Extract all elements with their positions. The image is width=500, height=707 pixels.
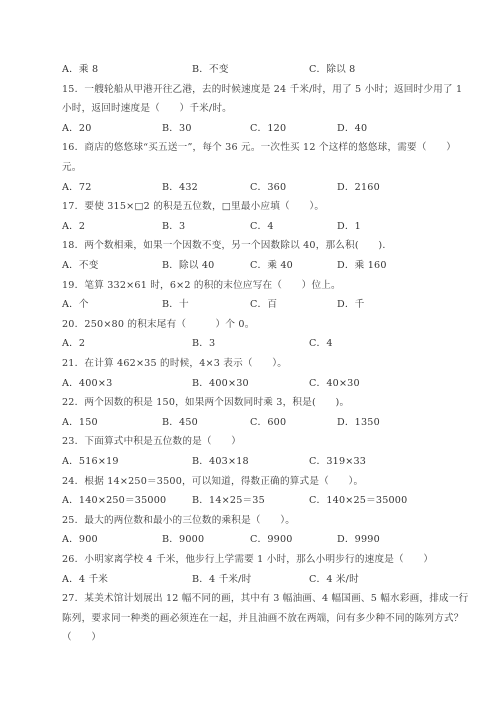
question-text-line: 24．根据 14×250＝3500，可以知道，得数正确的算式是（ ）。: [62, 474, 442, 490]
answer-option-d: D．40: [337, 121, 367, 137]
answer-option-b: B．403×18: [192, 454, 249, 470]
answer-option-b: B．432: [162, 180, 198, 196]
question-text-line: 25．最大的两位数和最小的三位数的乘积是（ ）。: [62, 513, 442, 529]
answer-options-row: A．900B．9000C．9900D．9990: [62, 532, 442, 548]
question-text-line: 22．两个因数的积是 150，如果两个因数同时乘 3，积是( )。: [62, 395, 442, 411]
answer-options-row: A．乘 8B．不变C．除以 8: [62, 62, 442, 78]
answer-option-b: B．14×25＝35: [192, 493, 265, 509]
answer-option-c: C．百: [250, 297, 277, 313]
question-text-line: 27．某美术馆计划展出 12 幅不同的画，其中有 3 幅油画、4 幅国画、5 幅…: [62, 591, 442, 607]
answer-options-row: A．400×3B．400×30C．40×30: [62, 376, 442, 392]
question-text-line: 18．两个数相乘，如果一个因数不变，另一个因数除以 40，那么积( )．: [62, 238, 442, 254]
answer-option-d: D．2160: [337, 180, 380, 196]
answer-option-c: C．360: [250, 180, 286, 196]
answer-option-c: C．600: [250, 415, 286, 431]
answer-option-d: D．千: [337, 297, 364, 313]
answer-options-row: A．20B．30C．120D．40: [62, 121, 442, 137]
answer-option-a: A．900: [62, 532, 98, 548]
answer-option-a: A．150: [62, 415, 98, 431]
answer-option-d: D．乘 160: [337, 258, 387, 274]
document-page: A．乘 8B．不变C．除以 815．一艘轮船从甲港开往乙港，去的时候速度是 24…: [0, 0, 500, 707]
answer-option-d: D．1350: [337, 415, 380, 431]
answer-option-b: B．4 千米/时: [192, 572, 251, 588]
answer-options-row: A．4 千米B．4 千米/时C．4 米/时: [62, 572, 442, 588]
question-text-line: 元。: [62, 160, 442, 176]
answer-option-c: C．除以 8: [309, 62, 355, 78]
answer-option-a: A．4 千米: [62, 572, 108, 588]
answer-option-a: A．乘 8: [62, 62, 98, 78]
answer-option-b: B．3: [162, 219, 185, 235]
answer-option-b: B．9000: [162, 532, 204, 548]
answer-option-a: A．个: [62, 297, 89, 313]
answer-option-b: B．450: [162, 415, 198, 431]
answer-options-row: A．2B．3C．4D．1: [62, 219, 442, 235]
question-text-line: 21．在计算 462×35 的时候，4×3 表示（ ）。: [62, 356, 442, 372]
answer-option-d: D．1: [337, 219, 361, 235]
question-text-line: 19．笔算 332×61 时，6×2 的积的末位应写在（ ）位上。: [62, 278, 442, 294]
answer-option-a: A．2: [62, 336, 85, 352]
answer-option-d: D．9990: [337, 532, 380, 548]
answer-option-b: B．除以 40: [162, 258, 215, 274]
answer-options-row: A．2B．3C．4: [62, 336, 442, 352]
answer-option-c: C．319×33: [309, 454, 366, 470]
answer-option-b: B．十: [162, 297, 189, 313]
answer-option-c: C．4: [250, 219, 274, 235]
question-text-line: 15．一艘轮船从甲港开往乙港，去的时候速度是 24 千米/时，用了 5 小时；返…: [62, 82, 442, 98]
question-text-line: 小时，返回时速度是（ ）千米/时。: [62, 101, 442, 117]
answer-options-row: A．516×19B．403×18C．319×33: [62, 454, 442, 470]
answer-options-row: A．个B．十C．百D．千: [62, 297, 442, 313]
answer-option-c: C．4 米/时: [309, 572, 359, 588]
answer-option-c: C．4: [309, 336, 333, 352]
answer-options-row: A．150B．450C．600D．1350: [62, 415, 442, 431]
question-text-line: 26．小明家离学校 4 千米，他步行上学需要 1 小时，那么小明步行的速度是（ …: [62, 552, 442, 568]
answer-options-row: A．不变B．除以 40C．乘 40D．乘 160: [62, 258, 442, 274]
question-text-line: 16．商店的悠悠球“买五送一”，每个 36 元。一次性买 12 个这样的悠悠球，…: [62, 140, 442, 156]
answer-option-c: C．140×25＝35000: [309, 493, 407, 509]
question-text-line: 20．250×80 的积末尾有（ ）个 0。: [62, 317, 442, 333]
answer-option-c: C．乘 40: [250, 258, 293, 274]
question-text-line: 17．要使 315×□2 的积是五位数，□里最小应填（ ）。: [62, 199, 442, 215]
answer-option-a: A．140×250＝35000: [62, 493, 166, 509]
question-text-line: 23．下面算式中积是五位数的是（ ）: [62, 434, 442, 450]
answer-option-a: A．不变: [62, 258, 99, 274]
answer-option-b: B．不变: [192, 62, 229, 78]
answer-option-c: C．120: [250, 121, 286, 137]
answer-option-b: B．30: [162, 121, 192, 137]
answer-options-row: A．72B．432C．360D．2160: [62, 180, 442, 196]
question-text-line: （ ）: [62, 630, 442, 646]
answer-option-a: A．516×19: [62, 454, 119, 470]
answer-option-a: A．20: [62, 121, 92, 137]
answer-option-c: C．9900: [250, 532, 293, 548]
answer-option-c: C．40×30: [309, 376, 360, 392]
answer-option-b: B．400×30: [192, 376, 249, 392]
answer-option-a: A．2: [62, 219, 85, 235]
question-text-line: 陈列，要求同一种类的画必须连在一起，并且油画不放在两端，问有多少种不同的陈列方式…: [62, 611, 442, 627]
answer-option-a: A．72: [62, 180, 92, 196]
answer-option-a: A．400×3: [62, 376, 112, 392]
answer-options-row: A．140×250＝35000B．14×25＝35C．140×25＝35000: [62, 493, 442, 509]
answer-option-b: B．3: [192, 336, 215, 352]
